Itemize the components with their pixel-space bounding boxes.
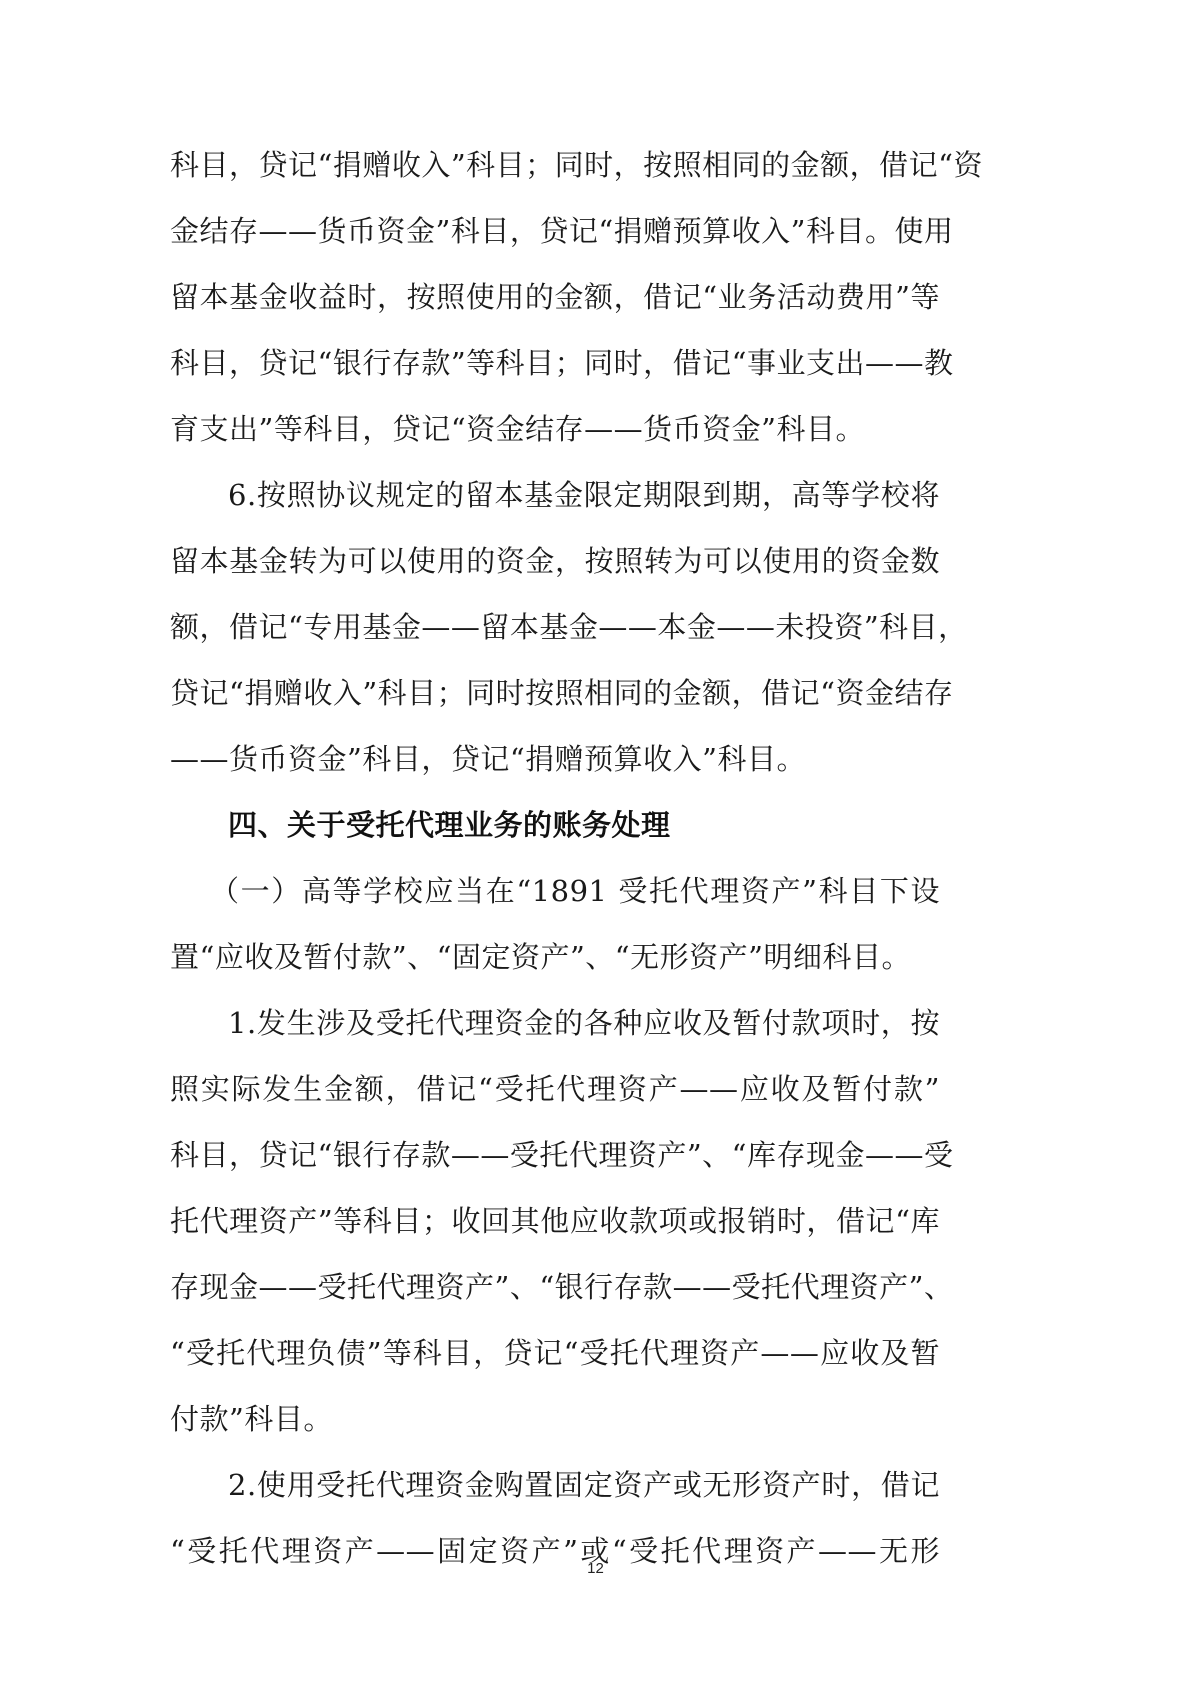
text-line: “受托代理资产——固定资产”或“受托代理资产——无形 [170, 1523, 940, 1589]
section-heading: 四、关于受托代理业务的账务处理 [170, 797, 940, 863]
text-line: 付款”科目。 [170, 1391, 940, 1457]
page-body: 科目，贷记“捐赠收入”科目；同时，按照相同的金额，借记“资 金结存——货币资金”… [170, 137, 940, 1589]
paragraph-subsection-1: （一）高等学校应当在“1891 受托代理资产”科目下设 置“应收及暂付款”、“固… [170, 863, 940, 995]
text-line: 留本基金收益时，按照使用的金额，借记“业务活动费用”等 [170, 269, 940, 335]
text-line: 照实际发生金额，借记“受托代理资产——应收及暂付款” [170, 1061, 940, 1127]
text-line: “受托代理负债”等科目，贷记“受托代理资产——应收及暂 [170, 1325, 940, 1391]
document-page: 科目，贷记“捐赠收入”科目；同时，按照相同的金额，借记“资 金结存——货币资金”… [0, 0, 1191, 1684]
text-line: 置“应收及暂付款”、“固定资产”、“无形资产”明细科目。 [170, 929, 940, 995]
paragraph-item-1: 1.发生涉及受托代理资金的各种应收及暂付款项时，按 照实际发生金额，借记“受托代… [170, 995, 940, 1457]
text-line: 科目，贷记“银行存款”等科目；同时，借记“事业支出——教 [170, 335, 940, 401]
text-line: （一）高等学校应当在“1891 受托代理资产”科目下设 [170, 863, 940, 929]
text-line: 金结存——货币资金”科目，贷记“捐赠预算收入”科目。使用 [170, 203, 940, 269]
text-line: 托代理资产”等科目；收回其他应收款项或报销时，借记“库 [170, 1193, 940, 1259]
text-line: 科目，贷记“银行存款——受托代理资产”、“库存现金——受 [170, 1127, 940, 1193]
page-number: 12 [0, 1560, 1191, 1577]
text-line: 额，借记“专用基金——留本基金——本金——未投资”科目， [170, 599, 940, 665]
text-line: 存现金——受托代理资产”、“银行存款——受托代理资产”、 [170, 1259, 940, 1325]
text-line: 2.使用受托代理资金购置固定资产或无形资产时，借记 [170, 1457, 940, 1523]
text-line: 育支出”等科目，贷记“资金结存——货币资金”科目。 [170, 401, 940, 467]
text-line: 留本基金转为可以使用的资金，按照转为可以使用的资金数 [170, 533, 940, 599]
text-line: 科目，贷记“捐赠收入”科目；同时，按照相同的金额，借记“资 [170, 137, 940, 203]
paragraph-item-6: 6.按照协议规定的留本基金限定期限到期，高等学校将 留本基金转为可以使用的资金，… [170, 467, 940, 797]
text-line: 1.发生涉及受托代理资金的各种应收及暂付款项时，按 [170, 995, 940, 1061]
text-line: 贷记“捐赠收入”科目；同时按照相同的金额，借记“资金结存 [170, 665, 940, 731]
paragraph-continuation: 科目，贷记“捐赠收入”科目；同时，按照相同的金额，借记“资 金结存——货币资金”… [170, 137, 940, 467]
text-line: ——货币资金”科目，贷记“捐赠预算收入”科目。 [170, 731, 940, 797]
text-line: 6.按照协议规定的留本基金限定期限到期，高等学校将 [170, 467, 940, 533]
